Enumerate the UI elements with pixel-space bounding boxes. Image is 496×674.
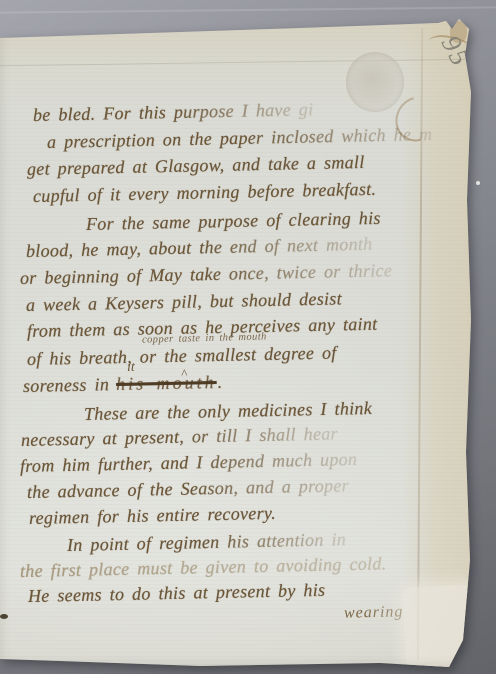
catchword: wearing	[344, 603, 404, 623]
edited-line: soreness inhis mouth.	[23, 371, 223, 397]
manuscript-page-wrapper: 95 be bled. For this purpose I have gi a…	[0, 0, 496, 674]
edit-after-text: .	[217, 372, 222, 392]
strikethrough-text: his mouth	[116, 372, 217, 394]
edit-before-text: soreness in	[23, 374, 110, 396]
manuscript-page: 95 be bled. For this purpose I have gi a…	[0, 0, 496, 674]
